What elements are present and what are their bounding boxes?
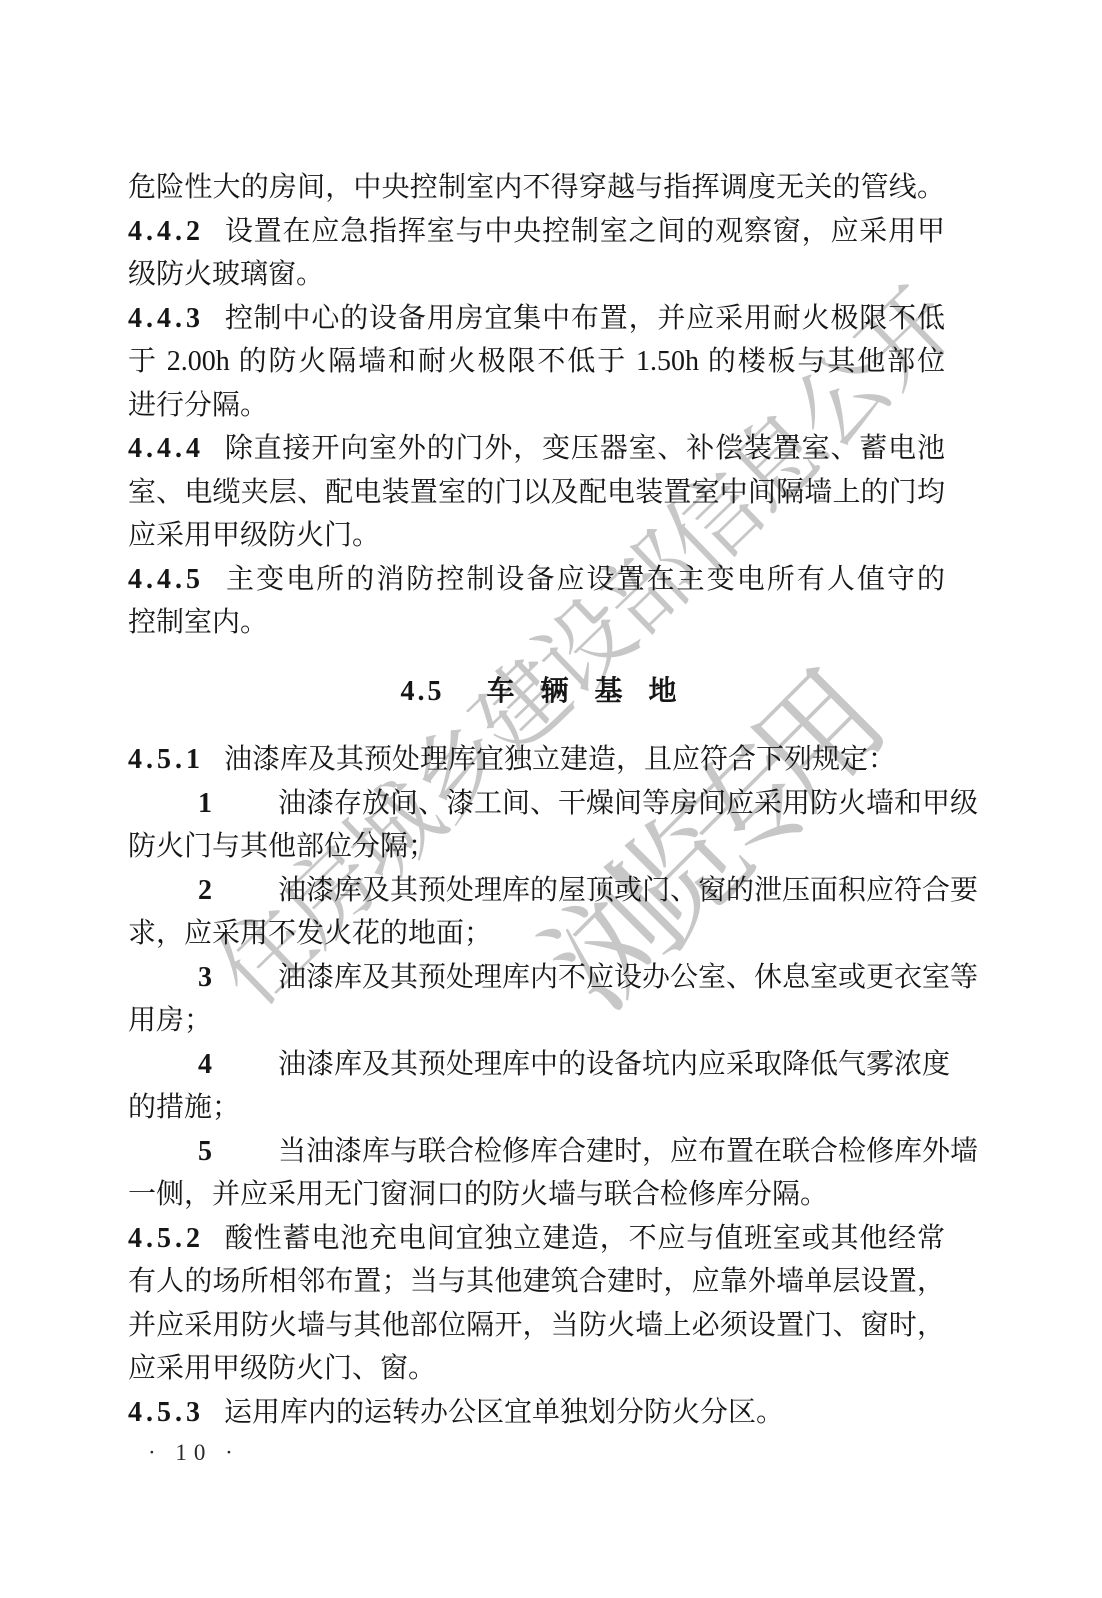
line-text: 当油漆库与联合检修库合建时，应布置在联合检修库外墙 <box>278 1136 978 1167</box>
item-number: 5 <box>198 1136 216 1167</box>
text-line: 4.4.3控制中心的设备用房宜集中布置，并应采用耐火极限不低 <box>128 297 945 341</box>
line-text: 控制中心的设备用房宜集中布置，并应采用耐火极限不低 <box>224 303 945 334</box>
line-text: 有人的场所相邻布置；当与其他建筑合建时，应靠外墙单层设置， <box>128 1266 945 1297</box>
line-text: 除直接开向室外的门外，变压器室、补偿装置室、蓄电池 <box>224 433 945 464</box>
line-text: 室、电缆夹层、配电装置室的门以及配电装置室中间隔墙上的门均 <box>128 477 945 508</box>
line-text: 油漆库及其预处理库宜独立建造，且应符合下列规定： <box>224 744 896 775</box>
text-line: 级防火玻璃窗。 <box>128 253 945 297</box>
text-line: 1油漆存放间、漆工间、干燥间等房间应采用防火墙和甲级 <box>128 782 945 826</box>
line-text: 运用库内的运转办公区宜单独划分防火分区。 <box>224 1397 784 1428</box>
text-line: 应采用甲级防火门、窗。 <box>128 1347 945 1391</box>
text-line: 室、电缆夹层、配电装置室的门以及配电装置室中间隔墙上的门均 <box>128 471 945 515</box>
line-text: 求，应采用不发火花的地面； <box>128 918 492 949</box>
item-number: 3 <box>198 962 216 993</box>
text-line: 4.4.4除直接开向室外的门外，变压器室、补偿装置室、蓄电池 <box>128 427 945 471</box>
clause-number: 4.4.3 <box>128 303 204 334</box>
item-number: 1 <box>198 788 216 819</box>
clause-number: 4.4.2 <box>128 216 204 247</box>
line-text: 防火门与其他部位分隔； <box>128 831 436 862</box>
line-text: 应采用甲级防火门、窗。 <box>128 1353 436 1384</box>
text-line: 控制室内。 <box>128 601 945 645</box>
line-text: 危险性大的房间，中央控制室内不得穿越与指挥调度无关的管线。 <box>128 172 945 203</box>
text-line: 4.5.2酸性蓄电池充电间宜独立建造，不应与值班室或其他经常 <box>128 1217 945 1261</box>
item-number: 2 <box>198 875 216 906</box>
line-text: 油漆库及其预处理库的屋顶或门、窗的泄压面积应符合要 <box>278 875 978 906</box>
text-line: 有人的场所相邻布置；当与其他建筑合建时，应靠外墙单层设置， <box>128 1260 945 1304</box>
line-text: 于 2.00h 的防火隔墙和耐火极限不低于 1.50h 的楼板与其他部位 <box>128 346 945 377</box>
section-number: 4.5 <box>400 676 444 707</box>
text-line: 3油漆库及其预处理库内不应设办公室、休息室或更衣室等 <box>128 956 945 1000</box>
text-line: 4油漆库及其预处理库中的设备坑内应采取降低气雾浓度 <box>128 1043 945 1087</box>
line-text: 油漆库及其预处理库内不应设办公室、休息室或更衣室等 <box>278 962 978 993</box>
page-number: · 10 · <box>148 1440 240 1466</box>
text-line: 2油漆库及其预处理库的屋顶或门、窗的泄压面积应符合要 <box>128 869 945 913</box>
document-body: 危险性大的房间，中央控制室内不得穿越与指挥调度无关的管线。 4.4.2设置在应急… <box>128 166 945 1434</box>
line-text: 控制室内。 <box>128 607 268 638</box>
text-line: 4.4.5主变电所的消防控制设备应设置在主变电所有人值守的 <box>128 558 945 602</box>
line-text: 油漆存放间、漆工间、干燥间等房间应采用防火墙和甲级 <box>278 788 978 819</box>
line-text: 进行分隔。 <box>128 390 268 421</box>
text-line: 5当油漆库与联合检修库合建时，应布置在联合检修库外墙 <box>128 1130 945 1174</box>
section-title: 车辆基地 <box>486 676 702 707</box>
line-text: 的措施； <box>128 1092 240 1123</box>
line-text: 主变电所的消防控制设备应设置在主变电所有人值守的 <box>224 564 945 595</box>
line-text: 级防火玻璃窗。 <box>128 259 324 290</box>
text-line: 求，应采用不发火花的地面； <box>128 912 945 956</box>
section-heading: 4.5车辆基地 <box>128 670 945 714</box>
line-text: 酸性蓄电池充电间宜独立建造，不应与值班室或其他经常 <box>224 1223 945 1254</box>
item-number: 4 <box>198 1049 216 1080</box>
text-line: 应采用甲级防火门。 <box>128 514 945 558</box>
text-line: 并应采用防火墙与其他部位隔开，当防火墙上必须设置门、窗时， <box>128 1304 945 1348</box>
clause-number: 4.4.4 <box>128 433 204 464</box>
line-text: 一侧，并应采用无门窗洞口的防火墙与联合检修库分隔。 <box>128 1179 828 1210</box>
line-text: 应采用甲级防火门。 <box>128 520 380 551</box>
line-text: 用房； <box>128 1005 212 1036</box>
clause-number: 4.5.2 <box>128 1223 204 1254</box>
text-line: 防火门与其他部位分隔； <box>128 825 945 869</box>
clause-number: 4.4.5 <box>128 564 204 595</box>
document-page: 住房城乡建设部信息公开 浏览专用 危险性大的房间，中央控制室内不得穿越与指挥调度… <box>0 0 1102 1598</box>
text-line: 4.5.1油漆库及其预处理库宜独立建造，且应符合下列规定： <box>128 738 945 782</box>
text-line: 于 2.00h 的防火隔墙和耐火极限不低于 1.50h 的楼板与其他部位 <box>128 340 945 384</box>
line-text: 油漆库及其预处理库中的设备坑内应采取降低气雾浓度 <box>278 1049 950 1080</box>
text-line: 用房； <box>128 999 945 1043</box>
text-line: 一侧，并应采用无门窗洞口的防火墙与联合检修库分隔。 <box>128 1173 945 1217</box>
text-line: 危险性大的房间，中央控制室内不得穿越与指挥调度无关的管线。 <box>128 166 945 210</box>
line-text: 设置在应急指挥室与中央控制室之间的观察窗，应采用甲 <box>224 216 945 247</box>
text-line: 4.5.3运用库内的运转办公区宜单独划分防火分区。 <box>128 1391 945 1435</box>
clause-number: 4.5.3 <box>128 1397 204 1428</box>
text-line: 4.4.2设置在应急指挥室与中央控制室之间的观察窗，应采用甲 <box>128 210 945 254</box>
text-line: 进行分隔。 <box>128 384 945 428</box>
clause-number: 4.5.1 <box>128 744 204 775</box>
text-line: 的措施； <box>128 1086 945 1130</box>
line-text: 并应采用防火墙与其他部位隔开，当防火墙上必须设置门、窗时， <box>128 1310 945 1341</box>
